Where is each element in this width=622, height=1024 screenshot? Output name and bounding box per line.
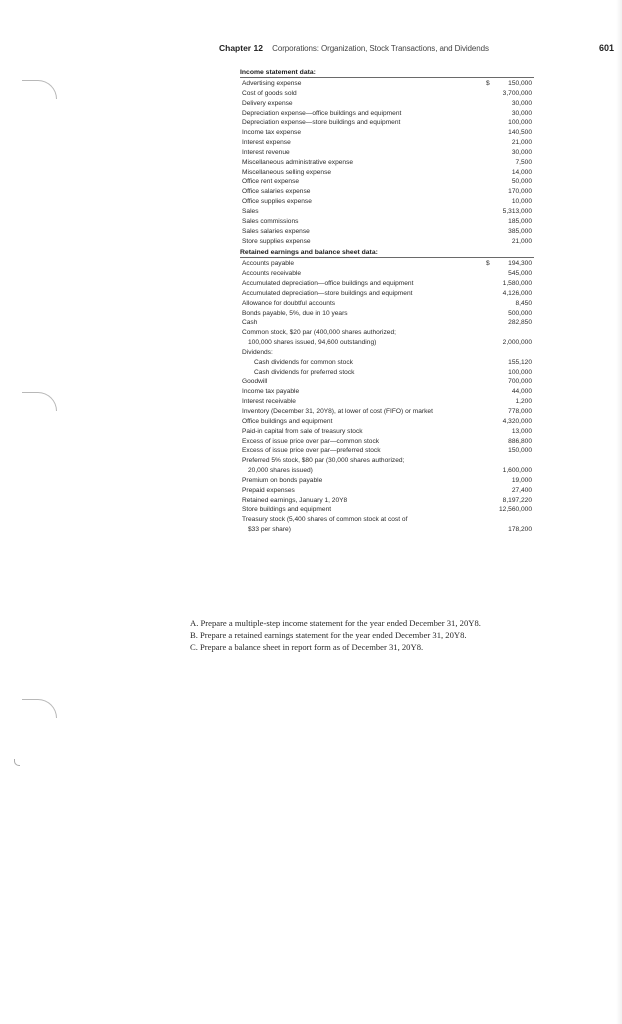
income-statement-heading: Income statement data: xyxy=(240,68,534,78)
account-amount: 778,000 xyxy=(508,407,532,417)
account-amount: 385,000 xyxy=(508,227,532,237)
table-row: Interest receivable1,200 xyxy=(240,397,534,407)
account-name: Allowance for doubtful accounts xyxy=(242,299,335,309)
table-row: Accounts payable$194,300 xyxy=(240,259,534,269)
account-amount: 8,197,220 xyxy=(503,496,532,506)
account-name: Income tax expense xyxy=(242,128,301,138)
table-row: Retained earnings, January 1, 20Y88,197,… xyxy=(240,496,534,506)
account-amount: 545,000 xyxy=(508,269,532,279)
account-name: Excess of issue price over par—common st… xyxy=(242,437,379,447)
account-name: Sales salaries expense xyxy=(242,227,310,237)
page-number: 601 xyxy=(599,43,614,53)
account-name: Office salaries expense xyxy=(242,187,310,197)
account-amount: 27,400 xyxy=(512,486,532,496)
table-row: Sales5,313,000 xyxy=(240,207,534,217)
account-amount: 100,000 xyxy=(508,368,532,378)
account-name: Interest receivable xyxy=(242,397,296,407)
account-name: Sales commissions xyxy=(242,217,298,227)
account-name: Advertising expense xyxy=(242,79,301,89)
table-row: Inventory (December 31, 20Y8), at lower … xyxy=(240,407,534,417)
table-row: Depreciation expense—office buildings an… xyxy=(240,109,534,119)
table-row: Depreciation expense—store buildings and… xyxy=(240,118,534,128)
table-row: Interest revenue30,000 xyxy=(240,148,534,158)
account-amount: 1,580,000 xyxy=(503,279,532,289)
account-name: Preferred 5% stock, $80 par (30,000 shar… xyxy=(242,456,404,466)
account-name: Accumulated depreciation—store buildings… xyxy=(242,289,412,299)
binder-hole-mark xyxy=(22,392,57,411)
account-amount: 21,000 xyxy=(512,138,532,148)
table-row: Income tax payable44,000 xyxy=(240,387,534,397)
account-amount: 194,300 xyxy=(508,259,532,269)
account-amount: 30,000 xyxy=(512,148,532,158)
account-amount: 140,500 xyxy=(508,128,532,138)
account-amount: 185,000 xyxy=(508,217,532,227)
account-amount: 1,200 xyxy=(515,397,532,407)
account-amount: 178,200 xyxy=(508,525,532,535)
margin-scratch-mark xyxy=(14,759,20,766)
account-amount: 150,000 xyxy=(508,79,532,89)
table-row: Cash dividends for common stock155,120 xyxy=(240,358,534,368)
table-row: Office rent expense50,000 xyxy=(240,177,534,187)
table-row: Sales salaries expense385,000 xyxy=(240,227,534,237)
table-row: Excess of issue price over par—common st… xyxy=(240,437,534,447)
table-row: Dividends: xyxy=(240,348,534,358)
table-row: Advertising expense$150,000 xyxy=(240,79,534,89)
account-name: Office supplies expense xyxy=(242,197,312,207)
table-row: Premium on bonds payable19,000 xyxy=(240,476,534,486)
table-row: Bonds payable, 5%, due in 10 years500,00… xyxy=(240,309,534,319)
table-row: Store buildings and equipment12,560,000 xyxy=(240,505,534,515)
account-amount: 19,000 xyxy=(512,476,532,486)
account-amount: 5,313,000 xyxy=(503,207,532,217)
table-row: Store supplies expense21,000 xyxy=(240,237,534,247)
account-amount: 150,000 xyxy=(508,446,532,456)
binder-hole-mark xyxy=(22,699,57,718)
account-amount: 2,000,000 xyxy=(503,338,532,348)
account-name: Office buildings and equipment xyxy=(242,417,332,427)
account-amount: 1,600,000 xyxy=(503,466,532,476)
account-name: Miscellaneous administrative expense xyxy=(242,158,353,168)
table-row: Accounts receivable545,000 xyxy=(240,269,534,279)
table-row: Miscellaneous administrative expense7,50… xyxy=(240,158,534,168)
account-name: Interest expense xyxy=(242,138,291,148)
account-name: Premium on bonds payable xyxy=(242,476,322,486)
account-name: Treasury stock (5,400 shares of common s… xyxy=(242,515,407,525)
account-amount: 170,000 xyxy=(508,187,532,197)
account-name: Cash dividends for common stock xyxy=(254,358,353,368)
table-row: Prepaid expenses27,400 xyxy=(240,486,534,496)
account-name: Retained earnings, January 1, 20Y8 xyxy=(242,496,347,506)
table-row: Goodwill700,000 xyxy=(240,377,534,387)
account-name-continued: $33 per share) xyxy=(248,525,291,535)
income-statement-rows: Advertising expense$150,000Cost of goods… xyxy=(240,79,534,246)
account-name: Goodwill xyxy=(242,377,267,387)
account-name: Accounts receivable xyxy=(242,269,301,279)
account-name: Delivery expense xyxy=(242,99,293,109)
table-row: Sales commissions185,000 xyxy=(240,217,534,227)
account-name: Office rent expense xyxy=(242,177,299,187)
table-row: Delivery expense30,000 xyxy=(240,99,534,109)
account-name: Prepaid expenses xyxy=(242,486,295,496)
account-name-continued: 20,000 shares issued) xyxy=(248,466,313,476)
table-row: Income tax expense140,500 xyxy=(240,128,534,138)
account-amount: 155,120 xyxy=(508,358,532,368)
account-amount: 100,000 xyxy=(508,118,532,128)
account-name: Store buildings and equipment xyxy=(242,505,331,515)
chapter-title: Corporations: Organization, Stock Transa… xyxy=(272,44,489,53)
account-name: Miscellaneous selling expense xyxy=(242,168,331,178)
account-amount: 14,000 xyxy=(512,168,532,178)
account-name: Depreciation expense—store buildings and… xyxy=(242,118,400,128)
account-amount: 30,000 xyxy=(512,109,532,119)
instruction-c: C. Prepare a balance sheet in report for… xyxy=(190,641,610,653)
account-name: Bonds payable, 5%, due in 10 years xyxy=(242,309,348,319)
account-amount: 12,560,000 xyxy=(499,505,532,515)
account-name: Inventory (December 31, 20Y8), at lower … xyxy=(242,407,433,417)
account-amount: 4,320,000 xyxy=(503,417,532,427)
account-amount: 30,000 xyxy=(512,99,532,109)
account-name: Cost of goods sold xyxy=(242,89,297,99)
account-name: Store supplies expense xyxy=(242,237,311,247)
account-name: Cash xyxy=(242,318,257,328)
account-amount: 3,700,000 xyxy=(503,89,532,99)
table-row: Cost of goods sold3,700,000 xyxy=(240,89,534,99)
account-name: Income tax payable xyxy=(242,387,299,397)
account-name: Cash dividends for preferred stock xyxy=(254,368,354,378)
balance-sheet-rows: Accounts payable$194,300Accounts receiva… xyxy=(240,259,534,535)
account-name: Accumulated depreciation—office building… xyxy=(242,279,413,289)
table-row: Allowance for doubtful accounts8,450 xyxy=(240,299,534,309)
binder-hole-mark xyxy=(22,80,57,99)
table-row: Excess of issue price over par—preferred… xyxy=(240,446,534,456)
table-row: Interest expense21,000 xyxy=(240,138,534,148)
account-amount: 886,800 xyxy=(508,437,532,447)
table-row: Accumulated depreciation—store buildings… xyxy=(240,289,534,299)
page-edge-shadow xyxy=(616,0,622,1024)
account-amount: 500,000 xyxy=(508,309,532,319)
account-amount: 700,000 xyxy=(508,377,532,387)
table-row: Preferred 5% stock, $80 par (30,000 shar… xyxy=(240,456,534,476)
dollar-sign: $ xyxy=(486,79,490,89)
table-row: Accumulated depreciation—office building… xyxy=(240,279,534,289)
account-amount: 13,000 xyxy=(512,427,532,437)
balance-sheet-heading: Retained earnings and balance sheet data… xyxy=(240,248,534,258)
account-amount: 44,000 xyxy=(512,387,532,397)
account-amount: 10,000 xyxy=(512,197,532,207)
account-amount: 50,000 xyxy=(512,177,532,187)
account-name: Excess of issue price over par—preferred… xyxy=(242,446,381,456)
instruction-b: B. Prepare a retained earnings statement… xyxy=(190,629,610,641)
account-name: Depreciation expense—office buildings an… xyxy=(242,109,401,119)
running-header: Chapter 12 Corporations: Organization, S… xyxy=(219,43,618,57)
chapter-label: Chapter 12 xyxy=(219,43,263,53)
account-amount: 7,500 xyxy=(515,158,532,168)
table-row: Cash282,850 xyxy=(240,318,534,328)
account-amount: 8,450 xyxy=(515,299,532,309)
table-row: Cash dividends for preferred stock100,00… xyxy=(240,368,534,378)
account-name: Accounts payable xyxy=(242,259,294,269)
account-name: Dividends: xyxy=(242,348,273,358)
table-row: Office supplies expense10,000 xyxy=(240,197,534,207)
account-amount: 4,126,000 xyxy=(503,289,532,299)
table-row: Paid-in capital from sale of treasury st… xyxy=(240,427,534,437)
table-row: Miscellaneous selling expense14,000 xyxy=(240,168,534,178)
account-name: Sales xyxy=(242,207,259,217)
account-name: Common stock, $20 par (400,000 shares au… xyxy=(242,328,396,338)
table-row: Office salaries expense170,000 xyxy=(240,187,534,197)
account-amount: 21,000 xyxy=(512,237,532,247)
table-row: Treasury stock (5,400 shares of common s… xyxy=(240,515,534,535)
account-name: Interest revenue xyxy=(242,148,290,158)
instruction-a: A. Prepare a multiple-step income statem… xyxy=(190,617,610,629)
dollar-sign: $ xyxy=(486,259,490,269)
account-data-table: Income statement data: Advertising expen… xyxy=(240,68,534,535)
table-row: Office buildings and equipment4,320,000 xyxy=(240,417,534,427)
table-row: Common stock, $20 par (400,000 shares au… xyxy=(240,328,534,348)
account-name-continued: 100,000 shares issued, 94,600 outstandin… xyxy=(248,338,376,348)
account-amount: 282,850 xyxy=(508,318,532,328)
exercise-instructions: A. Prepare a multiple-step income statem… xyxy=(190,617,610,654)
account-name: Paid-in capital from sale of treasury st… xyxy=(242,427,363,437)
